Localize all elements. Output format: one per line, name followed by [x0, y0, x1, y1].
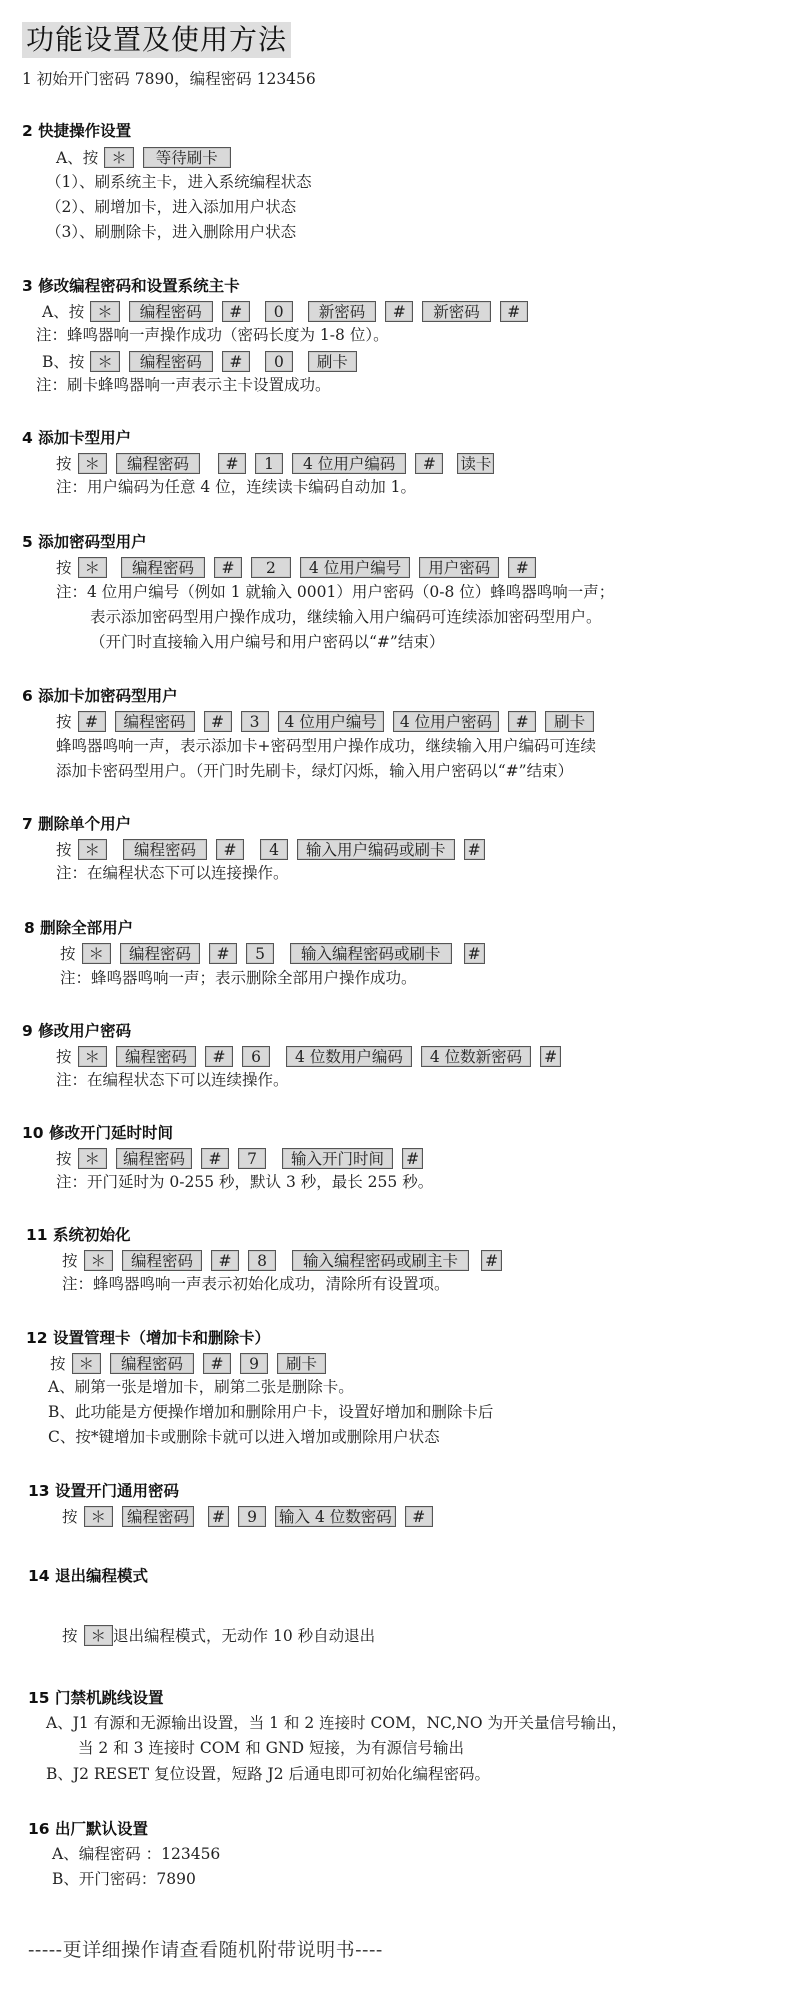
section-heading-quick-setup: 2 快捷操作设置 — [22, 120, 131, 142]
key-hash: # — [500, 301, 528, 322]
list-item: C、按*键增加卡或删除卡就可以进入增加或删除用户状态 — [48, 1426, 440, 1448]
section-heading-exit-program-mode: 14 退出编程模式 — [28, 1565, 148, 1587]
key-program-password: 编程密码 — [110, 1353, 194, 1374]
key-star: ＊ — [90, 351, 120, 372]
key-hash: # — [222, 351, 250, 372]
key-sequence-set-master-card: B、按 ＊ 编程密码 # 0 刷卡 — [42, 349, 366, 373]
press-label: 按 — [56, 1147, 72, 1169]
key-digit: 8 — [248, 1250, 276, 1271]
key-hash: # — [508, 711, 536, 732]
list-item: （2）、刷增加卡，进入添加用户状态 — [46, 196, 296, 218]
section-heading-factory-defaults: 16 出厂默认设置 — [28, 1818, 148, 1840]
key-hash: # — [205, 1046, 233, 1067]
note-text: 注：刷卡蜂鸣器响一声表示主卡设置成功。 — [36, 374, 331, 396]
key-sequence-exit-program-mode: 按 ＊ 退出编程模式，无动作 10 秒自动退出 — [62, 1623, 375, 1647]
key-program-password: 编程密码 — [116, 1046, 196, 1067]
press-label: 按 — [60, 942, 76, 964]
key-hash: # — [204, 711, 232, 732]
initial-passwords-text: 1 初始开门密码 7890，编程密码 123456 — [22, 68, 316, 90]
key-program-password: 编程密码 — [129, 301, 213, 322]
key-star: ＊ — [72, 1353, 102, 1374]
key-program-password: 编程密码 — [123, 839, 207, 860]
key-user-password: 4 位用户密码 — [393, 711, 499, 732]
list-item: （1）、刷系统主卡，进入系统编程状态 — [46, 171, 312, 193]
press-label: 按 — [56, 1045, 72, 1067]
key-sequence-door-delay: 按 ＊ 编程密码 # 7 输入开门时间 # — [56, 1146, 432, 1170]
key-star: ＊ — [84, 1506, 114, 1527]
note-text: 添加卡密码型用户。（开门时先刷卡，绿灯闪烁，输入用户密码以“#”结束） — [56, 760, 573, 782]
key-digit: 0 — [265, 301, 293, 322]
note-text: 注：在编程状态下可以连接操作。 — [56, 862, 289, 884]
key-user-number: 4 位用户编号 — [278, 711, 384, 732]
key-program-password: 编程密码 — [129, 351, 213, 372]
key-program-password: 编程密码 — [122, 1506, 194, 1527]
key-star: ＊ — [78, 453, 108, 474]
note-text: 表示添加密码型用户操作成功，继续输入用户编码可连续添加密码型用户。 — [90, 606, 602, 628]
key-hash: # — [481, 1250, 502, 1271]
press-label: 按 — [56, 452, 72, 474]
key-digit: 6 — [242, 1046, 270, 1067]
key-sequence-change-password: A、按 ＊ 编程密码 # 0 新密码 # 新密码 # — [42, 299, 537, 323]
key-hash: # — [464, 943, 485, 964]
key-new-password: 4 位数新密码 — [421, 1046, 531, 1067]
section-heading-system-init: 11 系统初始化 — [26, 1224, 130, 1246]
note-text: 注：在编程状态下可以连续操作。 — [56, 1069, 289, 1091]
list-item: 当 2 和 3 连接时 COM 和 GND 短接，为有源信号输出 — [78, 1737, 464, 1759]
section-heading-common-password: 13 设置开门通用密码 — [28, 1480, 179, 1502]
note-text: 注：用户编码为任意 4 位，连续读卡编码自动加 1。 — [56, 476, 416, 498]
key-digit: 5 — [246, 943, 274, 964]
key-sequence-delete-single-user: 按 ＊ 编程密码 # 4 输入用户编码或刷卡 # — [56, 837, 494, 861]
list-item: A、编程密码 ：123456 — [52, 1843, 220, 1865]
key-new-password: 新密码 — [308, 301, 377, 322]
key-hash: # — [201, 1148, 229, 1169]
section-heading-change-user-password: 9 修改用户密码 — [22, 1020, 131, 1042]
key-sequence-system-init: 按 ＊ 编程密码 # 8 输入编程密码或刷主卡 # — [62, 1248, 511, 1272]
press-label: 按 — [62, 1624, 78, 1646]
key-sequence-add-password-user: 按 ＊ 编程密码 # 2 4 位用户编号 用户密码 # — [56, 555, 545, 579]
key-digit: 9 — [240, 1353, 268, 1374]
key-program-password-or-master-card: 输入编程密码或刷主卡 — [292, 1250, 469, 1271]
key-hash: # — [540, 1046, 561, 1067]
list-item: B、J2 RESET 复位设置，短路 J2 后通电即可初始化编程密码。 — [46, 1763, 490, 1785]
key-program-password-or-card: 输入编程密码或刷卡 — [290, 943, 452, 964]
key-sequence-manager-card: 按 ＊ 编程密码 # 9 刷卡 — [50, 1351, 335, 1375]
key-wait-card: 等待刷卡 — [143, 147, 231, 168]
key-star: ＊ — [78, 839, 108, 860]
key-program-password: 编程密码 — [116, 453, 200, 474]
section-heading-add-card-password-user: 6 添加卡加密码型用户 — [22, 685, 178, 707]
press-label: 按 — [62, 1249, 78, 1271]
key-program-password: 编程密码 — [115, 711, 195, 732]
key-sequence-add-card-user: 按 ＊ 编程密码 # 1 4 位用户编码 # 读卡 — [56, 451, 503, 475]
key-program-password: 编程密码 — [122, 1250, 202, 1271]
key-star: ＊ — [84, 1625, 114, 1646]
key-hash: # — [78, 711, 106, 732]
key-sequence-add-card-password-user: 按 # 编程密码 # 3 4 位用户编号 4 位用户密码 # 刷卡 — [56, 709, 603, 733]
key-read-card: 读卡 — [457, 453, 494, 474]
key-star: ＊ — [82, 943, 112, 964]
note-text: （开门时直接输入用户编号和用户密码以“#”结束） — [90, 631, 444, 653]
key-digit: 3 — [241, 711, 269, 732]
key-door-time: 输入开门时间 — [282, 1148, 393, 1169]
key-user-code: 4 位用户编码 — [292, 453, 406, 474]
press-label: 按 — [62, 1505, 78, 1527]
section-heading-add-password-user: 5 添加密码型用户 — [22, 531, 147, 553]
exit-description: 退出编程模式，无动作 10 秒自动退出 — [113, 1624, 375, 1646]
key-program-password: 编程密码 — [120, 943, 200, 964]
note-text: 注：蜂鸣器响一声操作成功（密码长度为 1-8 位）。 — [36, 324, 389, 346]
note-text: 注：4 位用户编号（例如 1 就输入 0001）用户密码（0-8 位）蜂鸣器鸣响… — [56, 581, 614, 603]
key-hash: # — [222, 301, 250, 322]
key-hash: # — [216, 839, 244, 860]
section-heading-add-card-user: 4 添加卡型用户 — [22, 427, 131, 449]
key-hash: # — [214, 557, 242, 578]
key-star: ＊ — [78, 557, 108, 578]
key-swipe-card: 刷卡 — [308, 351, 357, 372]
press-label: 按 — [56, 838, 72, 860]
note-text: 注：开门延时为 0-255 秒，默认 3 秒，最长 255 秒。 — [56, 1171, 433, 1193]
list-item: B、此功能是方便操作增加和删除用户卡，设置好增加和删除卡后 — [48, 1401, 493, 1423]
key-hash: # — [208, 1506, 229, 1527]
section-heading-delete-all-users: 8 删除全部用户 — [24, 917, 133, 939]
key-hash: # — [209, 943, 237, 964]
key-new-password: 新密码 — [422, 301, 491, 322]
key-user-password: 用户密码 — [419, 557, 499, 578]
key-star: ＊ — [78, 1148, 108, 1169]
section-heading-manager-card: 12 设置管理卡（增加卡和删除卡） — [26, 1327, 270, 1349]
note-text: 蜂鸣器鸣响一声，表示添加卡+密码型用户操作成功，继续输入用户编码可连续 — [56, 735, 596, 757]
list-item: A、刷第一张是增加卡，刷第二张是删除卡。 — [48, 1376, 354, 1398]
key-star: ＊ — [104, 147, 134, 168]
key-digit: 1 — [255, 453, 283, 474]
list-item: A、J1 有源和无源输出设置，当 1 和 2 连接时 COM，NC,NO 为开关… — [46, 1712, 627, 1734]
key-star: ＊ — [78, 1046, 108, 1067]
key-user-code-or-card: 输入用户编码或刷卡 — [297, 839, 455, 860]
section-heading-jumper-settings: 15 门禁机跳线设置 — [28, 1687, 163, 1709]
key-hash: # — [508, 557, 536, 578]
key-hash: # — [464, 839, 485, 860]
key-user-code: 4 位数用户编码 — [286, 1046, 412, 1067]
key-digit: 9 — [238, 1506, 266, 1527]
press-label: A、按 — [56, 146, 98, 168]
key-program-password: 编程密码 — [121, 557, 205, 578]
key-hash: # — [218, 453, 246, 474]
note-text: 注：蜂鸣器鸣响一声；表示删除全部用户操作成功。 — [60, 967, 417, 989]
key-hash: # — [402, 1148, 423, 1169]
press-label: A、按 — [42, 300, 84, 322]
key-user-number: 4 位用户编号 — [300, 557, 410, 578]
press-label: 按 — [56, 710, 72, 732]
key-digit: 2 — [251, 557, 291, 578]
key-program-password: 编程密码 — [116, 1148, 192, 1169]
key-swipe-card: 刷卡 — [277, 1353, 326, 1374]
key-hash: # — [385, 301, 413, 322]
note-text: 注：蜂鸣器鸣响一声表示初始化成功，清除所有设置项。 — [62, 1273, 450, 1295]
list-item: （3）、刷删除卡，进入删除用户状态 — [46, 221, 296, 243]
key-sequence-common-password: 按 ＊ 编程密码 # 9 输入 4 位数密码 # — [62, 1504, 442, 1528]
list-item: B、开门密码：7890 — [52, 1868, 196, 1890]
footer-note: -----更详细操作请查看随机附带说明书---- — [28, 1935, 383, 1962]
key-sequence-delete-all-users: 按 ＊ 编程密码 # 5 输入编程密码或刷卡 # — [60, 941, 494, 965]
key-digit: 7 — [238, 1148, 266, 1169]
key-hash: # — [211, 1250, 239, 1271]
section-heading-door-delay: 10 修改开门延时时间 — [22, 1122, 173, 1144]
key-digit: 4 — [260, 839, 288, 860]
key-hash: # — [405, 1506, 433, 1527]
section-heading-delete-single-user: 7 删除单个用户 — [22, 813, 131, 835]
key-star: ＊ — [84, 1250, 114, 1271]
section-heading-change-program-password: 3 修改编程密码和设置系统主卡 — [22, 275, 240, 297]
press-label: 按 — [56, 556, 72, 578]
press-label: B、按 — [42, 350, 84, 372]
key-sequence-change-user-password: 按 ＊ 编程密码 # 6 4 位数用户编码 4 位数新密码 # — [56, 1044, 570, 1068]
key-hash: # — [203, 1353, 231, 1374]
page-title: 功能设置及使用方法 — [22, 22, 291, 58]
key-sequence-quick-setup: A、按 ＊ 等待刷卡 — [56, 145, 240, 169]
key-digit: 0 — [265, 351, 293, 372]
press-label: 按 — [50, 1352, 66, 1374]
key-four-digit-password: 输入 4 位数密码 — [275, 1506, 396, 1527]
key-star: ＊ — [90, 301, 120, 322]
key-hash: # — [415, 453, 443, 474]
key-swipe-card: 刷卡 — [545, 711, 594, 732]
